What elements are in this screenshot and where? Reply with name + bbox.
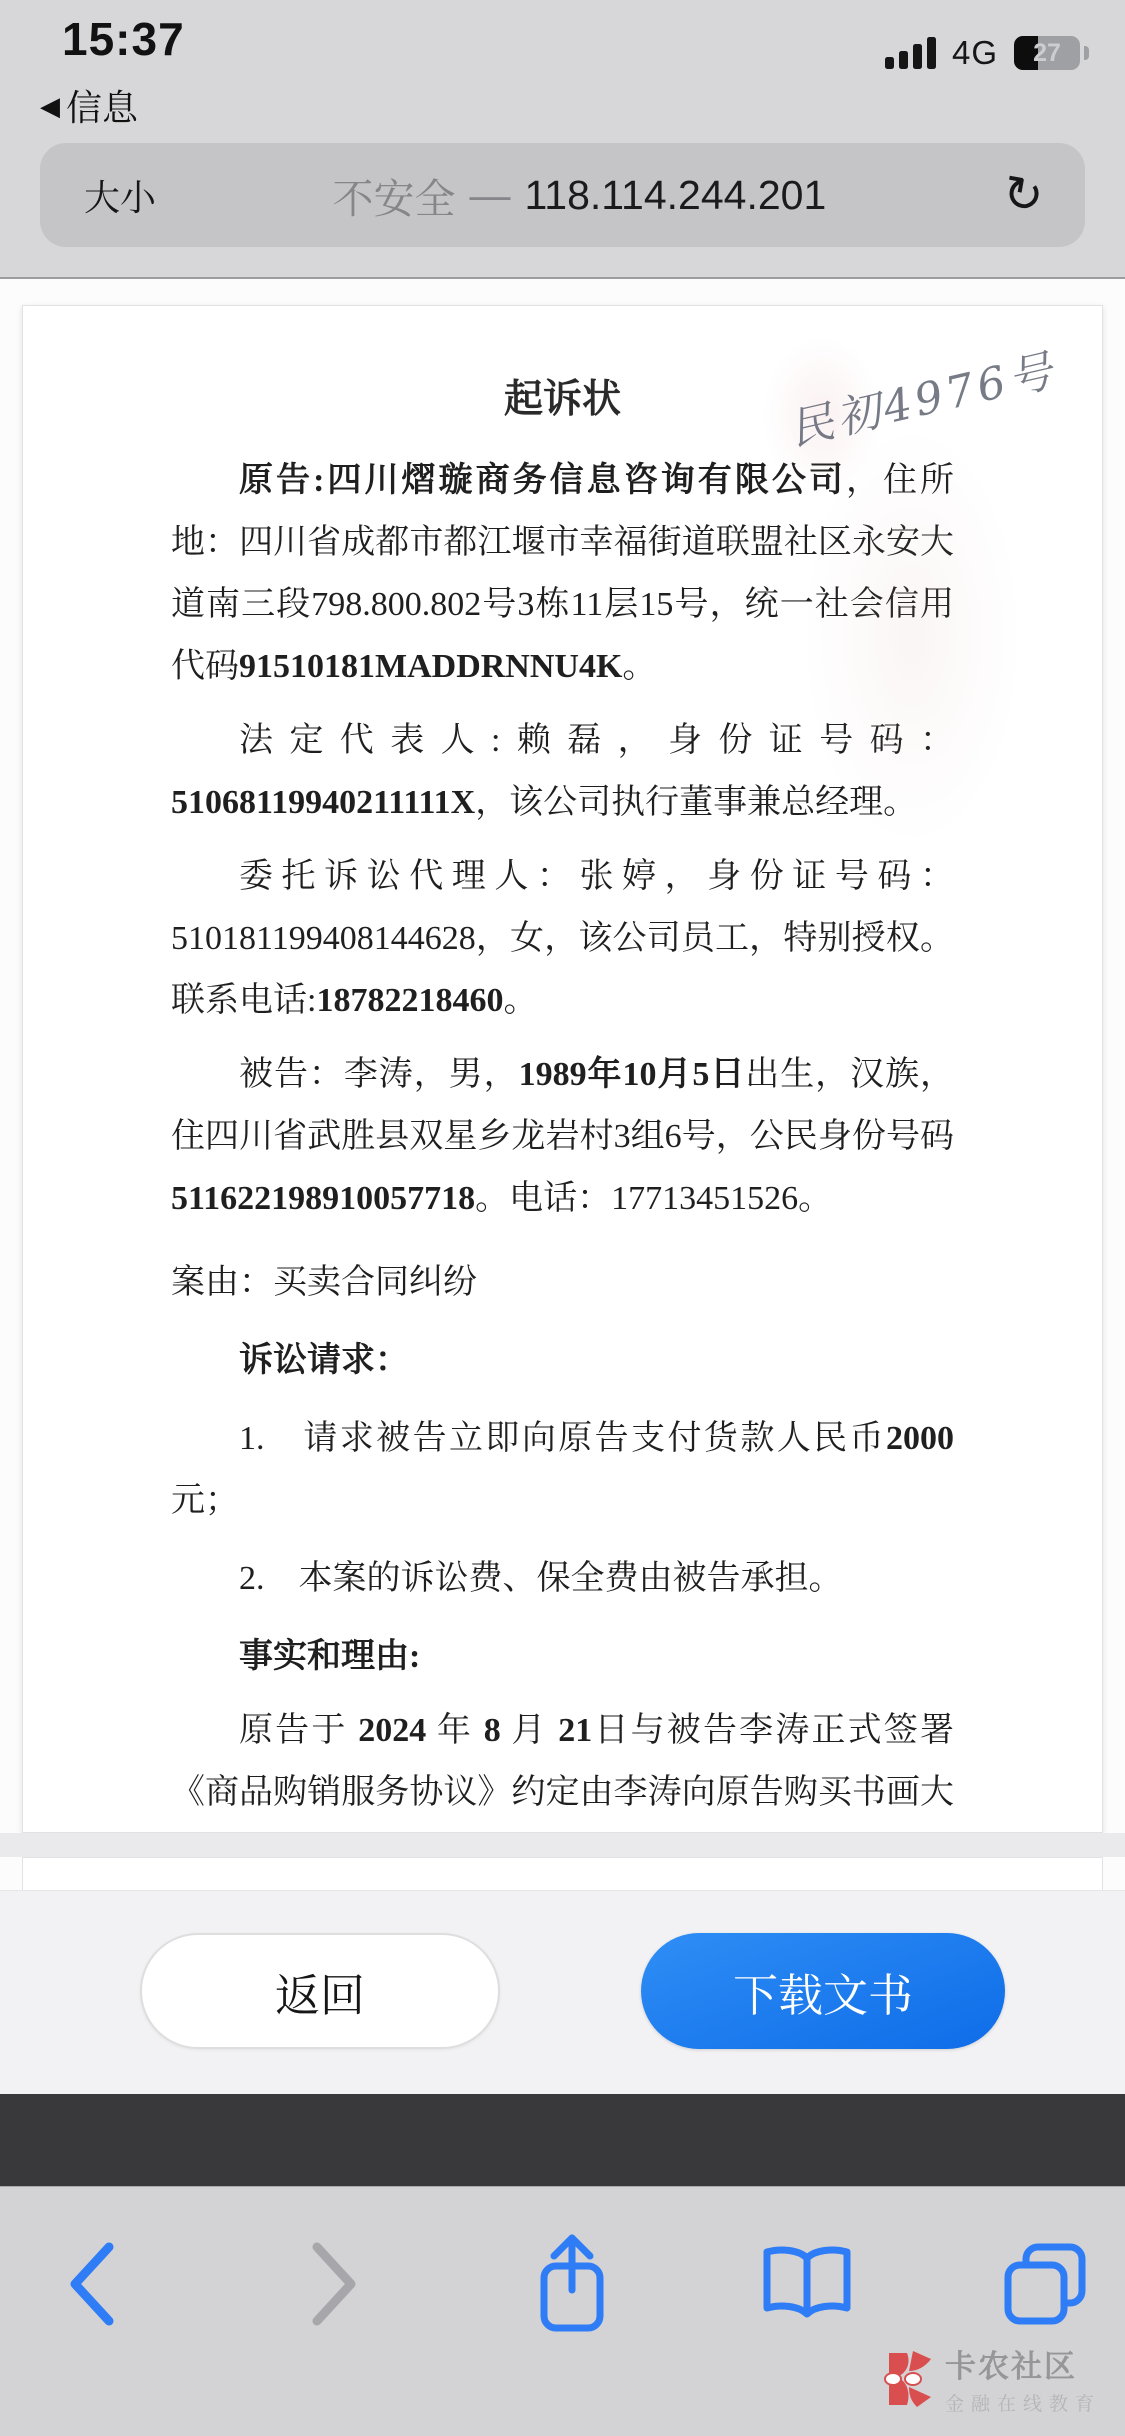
document-body: 原告:四川熠璇商务信息咨询有限公司，住所地：四川省成都市都江堰市幸福街道联盟社区… bbox=[171, 450, 954, 1833]
chevron-right-icon bbox=[309, 2239, 361, 2329]
forward-navigation-button[interactable] bbox=[280, 2229, 390, 2339]
document-page-1: 起诉状 民初4976号 原告:四川熠璇商务信息咨询有限公司，住所地：四川省成都市… bbox=[22, 305, 1103, 1833]
battery-icon: 27 bbox=[1014, 36, 1080, 70]
url-text: 118.114.244.201 bbox=[525, 172, 827, 219]
paragraph-litigation-agent: 委托诉讼代理人：张婷，身份证号码：510181199408144628，女，该公… bbox=[171, 846, 954, 1032]
dark-band bbox=[0, 2094, 1125, 2186]
chevron-left-icon bbox=[65, 2239, 117, 2329]
watermark: 卡农社区 金融在线教育 bbox=[883, 2341, 1101, 2416]
network-type-label: 4G bbox=[952, 34, 998, 72]
tabs-icon bbox=[1002, 2241, 1088, 2327]
paragraph-cause-of-action: 案由：买卖合同纠纷 bbox=[171, 1252, 954, 1314]
paragraph-defendant: 被告：李涛，男，1989年10月5日出生，汉族，住四川省武胜县双星乡龙岩村3组6… bbox=[171, 1044, 954, 1230]
paragraph-legal-representative: 法定代表人:赖磊，身份证号码：51068119940211111X，该公司执行董… bbox=[171, 710, 954, 834]
back-to-app-chevron-icon: ◀ bbox=[40, 93, 60, 119]
tabs-button[interactable] bbox=[990, 2229, 1100, 2339]
watermark-title: 卡农社区 bbox=[945, 2341, 1101, 2386]
handwritten-case-number: 民初4976号 bbox=[782, 334, 1061, 458]
iphone-safari-screen: 15:37 ◀ 信息 4G 27 大小 不安全 — 118.114.244.20… bbox=[0, 0, 1125, 2436]
back-to-app-label: 信息 bbox=[66, 80, 138, 131]
browser-top-chrome: 15:37 ◀ 信息 4G 27 大小 不安全 — 118.114.244.20… bbox=[0, 0, 1125, 279]
action-button-row: 返回 下载文书 bbox=[0, 1890, 1125, 2094]
font-size-button[interactable]: 大小 bbox=[84, 170, 156, 221]
url-bar[interactable]: 大小 不安全 — 118.114.244.201 ↻ bbox=[40, 143, 1085, 247]
back-navigation-button[interactable] bbox=[36, 2229, 146, 2339]
facts-heading: 事实和理由: bbox=[171, 1626, 954, 1688]
status-indicators: 4G 27 bbox=[885, 34, 1089, 72]
download-document-button[interactable]: 下载文书 bbox=[641, 1933, 1005, 2049]
security-label: 不安全 bbox=[333, 166, 456, 225]
claim-item-2: 2. 本案的诉讼费、保全费由被告承担。 bbox=[171, 1548, 954, 1610]
return-button[interactable]: 返回 bbox=[140, 1933, 500, 2049]
watermark-subtitle: 金融在线教育 bbox=[945, 2389, 1101, 2416]
claims-heading: 诉讼请求： bbox=[171, 1330, 954, 1392]
page-separator bbox=[0, 1833, 1125, 1857]
reload-icon[interactable]: ↻ bbox=[998, 164, 1047, 226]
battery-nub bbox=[1084, 46, 1089, 60]
watermark-text: 卡农社区 金融在线教育 bbox=[945, 2341, 1101, 2416]
battery-percent-label: 27 bbox=[1014, 36, 1080, 70]
open-book-icon bbox=[759, 2246, 855, 2322]
safari-toolbar: 卡农社区 金融在线教育 bbox=[0, 2186, 1125, 2436]
kanong-logo-icon bbox=[883, 2349, 935, 2409]
claim-item-1: 1. 请求被告立即向原告支付货款人民币2000元； bbox=[171, 1408, 954, 1532]
security-separator: — bbox=[470, 172, 511, 219]
back-to-messages-button[interactable]: ◀ 信息 bbox=[40, 80, 138, 131]
paragraph-facts-body: 原告于 2024 年 8 月 21日与被告李涛正式签署《商品购销服务协议》约定由… bbox=[171, 1700, 954, 1833]
signal-strength-icon bbox=[885, 37, 936, 69]
url-display[interactable]: 不安全 — 118.114.244.201 bbox=[156, 166, 1003, 225]
paragraph-plaintiff: 原告:四川熠璇商务信息咨询有限公司，住所地：四川省成都市都江堰市幸福街道联盟社区… bbox=[171, 450, 954, 698]
share-icon bbox=[534, 2232, 610, 2336]
status-time: 15:37 bbox=[62, 12, 185, 66]
bookmarks-button[interactable] bbox=[752, 2229, 862, 2339]
share-button[interactable] bbox=[517, 2229, 627, 2339]
document-viewer: 起诉状 民初4976号 原告:四川熠璇商务信息咨询有限公司，住所地：四川省成都市… bbox=[0, 279, 1125, 2094]
